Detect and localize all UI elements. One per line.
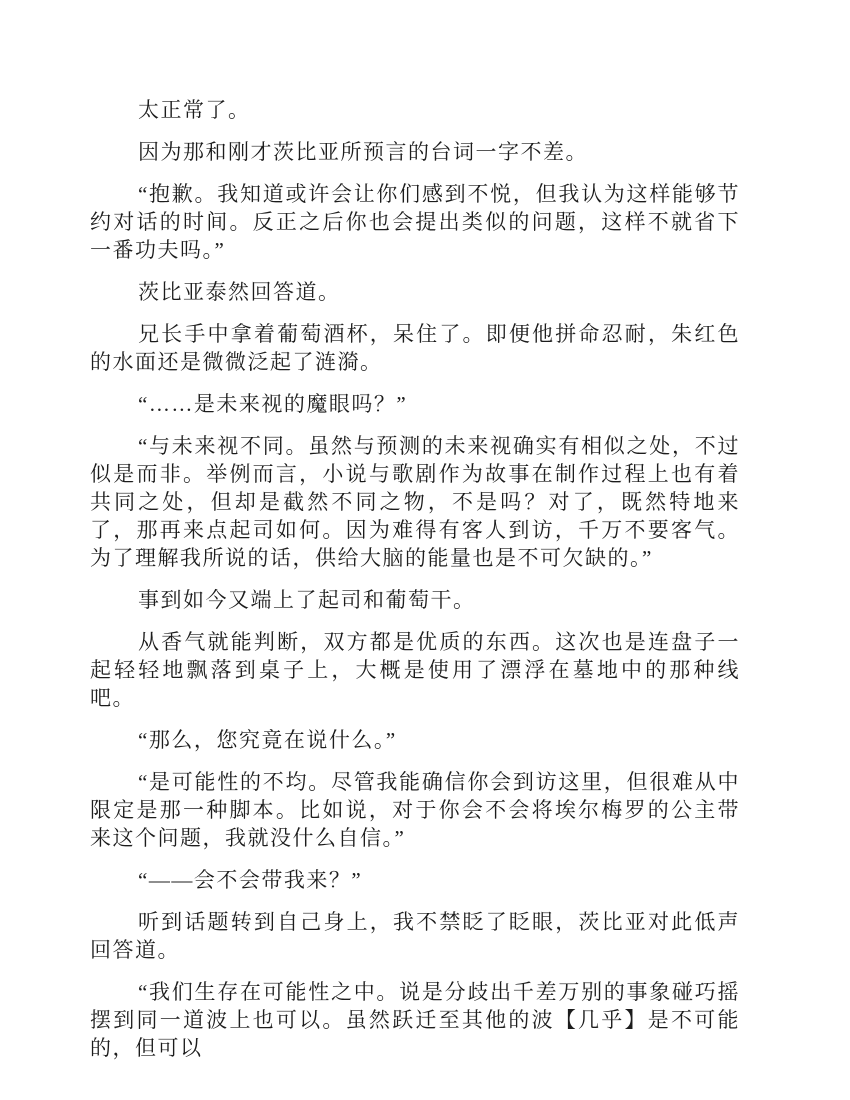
document-page: 太正常了。因为那和刚才茨比亚所预言的台词一字不差。“抱歉。我知道或许会让你们感到… (0, 0, 850, 1100)
paragraph: “与未来视不同。虽然与预测的未来视确实有相似之处，不过似是而非。举例而言，小说与… (90, 432, 740, 572)
paragraph: “——会不会带我来？” (90, 866, 740, 894)
paragraph: “抱歉。我知道或许会让你们感到不悦，但我认为这样能够节约对话的时间。反正之后你也… (90, 180, 740, 264)
paragraph: 茨比亚泰然回答道。 (90, 278, 740, 306)
paragraph: 从香气就能判断，双方都是优质的东西。这次也是连盘子一起轻轻地飘落到桌子上，大概是… (90, 628, 740, 712)
paragraph: “是可能性的不均。尽管我能确信你会到访这里，但很难从中限定是那一种脚本。比如说，… (90, 768, 740, 852)
paragraph: 听到话题转到自己身上，我不禁眨了眨眼，茨比亚对此低声回答道。 (90, 908, 740, 964)
paragraph: “那么，您究竟在说什么。” (90, 726, 740, 754)
paragraph: 因为那和刚才茨比亚所预言的台词一字不差。 (90, 138, 740, 166)
paragraph: 事到如今又端上了起司和葡萄干。 (90, 586, 740, 614)
paragraph: “我们生存在可能性之中。说是分歧出千差万别的事象碰巧摇摆到同一道波上也可以。虽然… (90, 978, 740, 1062)
text-block: 太正常了。因为那和刚才茨比亚所预言的台词一字不差。“抱歉。我知道或许会让你们感到… (90, 96, 740, 1076)
paragraph: “……是未来视的魔眼吗？” (90, 390, 740, 418)
paragraph: 兄长手中拿着葡萄酒杯，呆住了。即便他拼命忍耐，朱红色的水面还是微微泛起了涟漪。 (90, 320, 740, 376)
paragraph: 太正常了。 (90, 96, 740, 124)
